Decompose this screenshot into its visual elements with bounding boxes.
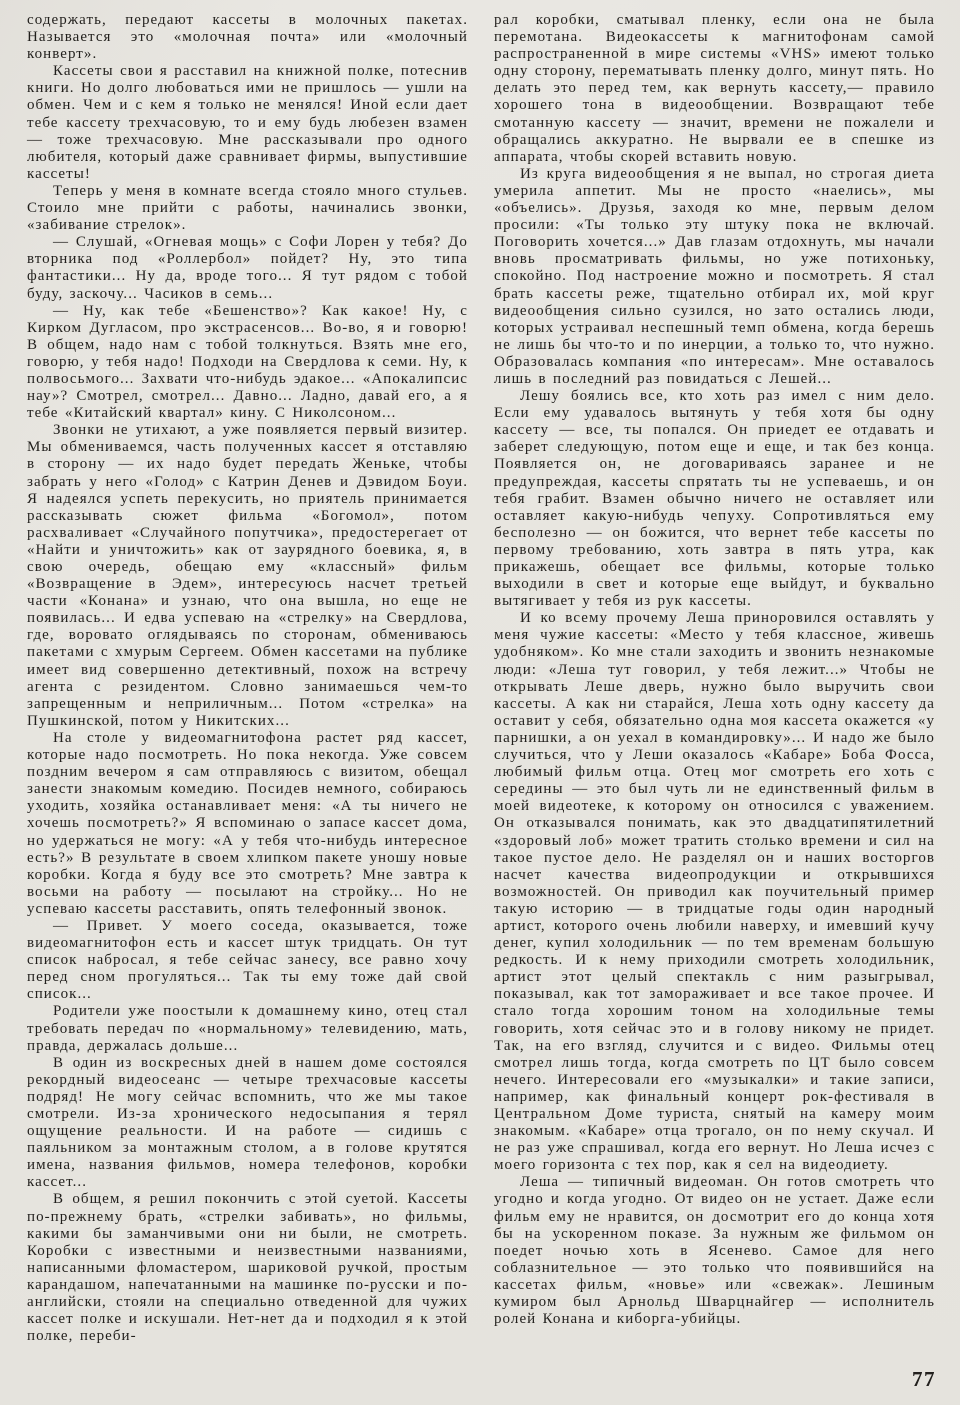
paragraph-dialogue: — Слушай, «Огневая мощь» с Софи Лорен у … <box>27 234 468 302</box>
paragraph: рал коробки, сматывал пленку, если она н… <box>494 12 935 166</box>
paragraph: В один из воскресных дней в нашем доме с… <box>27 1055 468 1192</box>
paragraph: Леша — типичный видеоман. Он готов смотр… <box>494 1174 935 1328</box>
paragraph: содержать, передают кассеты в молочных п… <box>27 12 468 63</box>
text-column-right: рал коробки, сматывал пленку, если она н… <box>494 12 935 1345</box>
paragraph: Кассеты свои я расставил на книжной полк… <box>27 63 468 183</box>
paragraph: На столе у видеомагнитофона растет ряд к… <box>27 730 468 918</box>
paragraph: В общем, я решил покончить с этой суетой… <box>27 1191 468 1345</box>
page-number: 77 <box>912 1367 936 1392</box>
text-column-left: содержать, передают кассеты в молочных п… <box>27 12 468 1345</box>
paragraph: Лешу боялись все, кто хоть раз имел с ни… <box>494 388 935 610</box>
paragraph: Из круга видеообщения я не выпал, но стр… <box>494 166 935 388</box>
paragraph: Родители уже поостыли к домашнему кино, … <box>27 1003 468 1054</box>
paragraph: И ко всему прочему Леша приноровился ост… <box>494 610 935 1174</box>
magazine-page: содержать, передают кассеты в молочных п… <box>0 0 960 1405</box>
paragraph: Теперь у меня в комнате всегда стояло мн… <box>27 183 468 234</box>
paragraph-dialogue: — Ну, как тебе «Бешенство»? Как какое! Н… <box>27 303 468 423</box>
paragraph-dialogue: — Привет. У моего соседа, оказывается, т… <box>27 918 468 1003</box>
paragraph: Звонки не утихают, а уже появляется перв… <box>27 422 468 730</box>
text-columns: содержать, передают кассеты в молочных п… <box>27 12 935 1345</box>
